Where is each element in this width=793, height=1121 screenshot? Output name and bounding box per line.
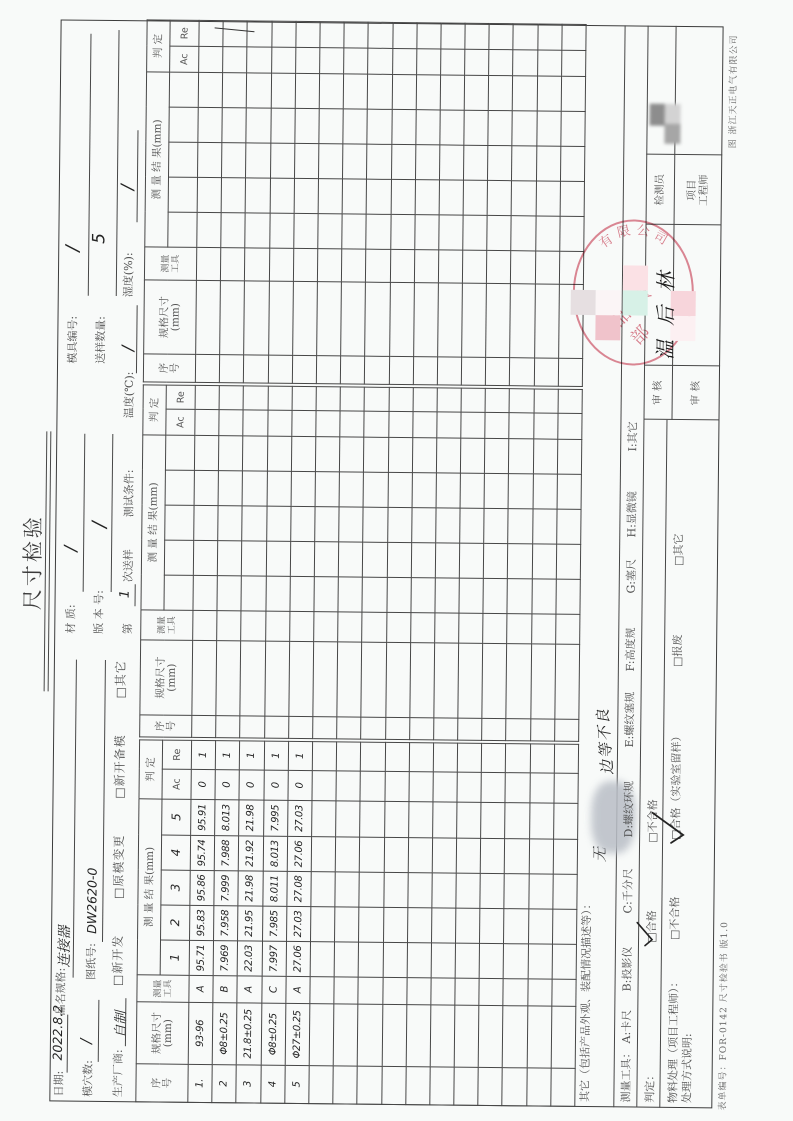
cell-ac bbox=[223, 47, 247, 73]
cell-seq bbox=[389, 356, 413, 384]
cell-ac bbox=[295, 47, 319, 73]
cell-re bbox=[268, 386, 292, 410]
cell-seq bbox=[216, 716, 240, 738]
cell-seq bbox=[478, 1067, 503, 1105]
table-row bbox=[192, 385, 220, 737]
cell-result-5 bbox=[291, 436, 316, 471]
cell-re bbox=[558, 389, 582, 413]
cell-result-1 bbox=[532, 579, 557, 614]
cell-result-1 bbox=[560, 216, 585, 251]
cell-ac bbox=[412, 412, 436, 438]
cell-re bbox=[247, 21, 271, 47]
cell-result-4 bbox=[295, 108, 320, 143]
table-row bbox=[530, 389, 558, 741]
cell-ac bbox=[554, 773, 579, 803]
cell-result-2 bbox=[314, 542, 339, 577]
cell-re bbox=[465, 23, 489, 49]
cell-tool bbox=[193, 610, 218, 640]
result-column-number: 4 bbox=[161, 835, 190, 870]
cell-spec bbox=[482, 643, 507, 718]
cell-result-1: 95.71 bbox=[189, 940, 214, 975]
test-conditions-label: 测试条件: bbox=[122, 469, 135, 517]
cell-result-3 bbox=[218, 506, 243, 541]
checkbox-icon: □ bbox=[672, 555, 685, 566]
measurement-tables: 序号规格尺寸(mm)测量工具测 量 结 果(mm)判 定12345AcRe1.9… bbox=[0, 0, 6, 1117]
cell-result-5 bbox=[243, 436, 268, 471]
cell-re bbox=[364, 387, 388, 411]
cell-ac bbox=[316, 411, 340, 437]
manufacturer-label: 生产厂商: bbox=[111, 1049, 124, 1097]
header-tool: 测量工具 bbox=[144, 247, 196, 281]
cell-tool bbox=[314, 612, 339, 642]
cell-result-1 bbox=[511, 216, 536, 251]
cell-spec bbox=[289, 641, 314, 716]
mold-no-value: / bbox=[62, 245, 83, 251]
cell-result-5: 27.03 bbox=[287, 800, 312, 836]
tool-projector: B:投影仪 bbox=[621, 947, 634, 992]
cell-result-4 bbox=[460, 473, 485, 508]
cell-spec bbox=[196, 280, 221, 354]
cell-result-3 bbox=[311, 872, 336, 907]
cell-result-4 bbox=[505, 839, 530, 874]
table-row bbox=[313, 387, 341, 739]
checkmark-icon bbox=[651, 811, 685, 845]
header-seq-line2: 号 bbox=[162, 1065, 173, 1102]
cell-result-3 bbox=[512, 146, 537, 181]
sample-qty-value: 5 bbox=[89, 233, 109, 244]
cell-ac bbox=[267, 410, 291, 436]
cell-tool bbox=[382, 977, 406, 1004]
cell-result-2 bbox=[270, 178, 295, 213]
cell-result-1 bbox=[479, 943, 504, 978]
cell-tool bbox=[555, 614, 580, 644]
cell-seq bbox=[405, 1067, 430, 1105]
cell-seq bbox=[288, 716, 312, 738]
cell-seq bbox=[526, 1068, 551, 1106]
cell-result-1: 22.03 bbox=[238, 941, 263, 976]
result-column-number bbox=[164, 540, 193, 575]
cell-tool bbox=[221, 248, 246, 281]
cell-seq bbox=[458, 718, 482, 740]
cell-result-1 bbox=[221, 213, 246, 248]
cell-tool bbox=[338, 612, 363, 642]
cell-ac bbox=[195, 409, 219, 435]
cell-re bbox=[344, 22, 368, 48]
cell-ac: 0 bbox=[239, 770, 264, 800]
cell-seq bbox=[240, 716, 264, 738]
cell-result-1 bbox=[197, 212, 222, 247]
cell-seq bbox=[333, 1066, 358, 1104]
table-row bbox=[458, 388, 486, 740]
cell-seq bbox=[381, 1066, 406, 1104]
cell-seq bbox=[486, 357, 510, 385]
header-tool-line1: 测量 bbox=[157, 610, 167, 639]
cell-tool bbox=[479, 978, 503, 1005]
header-judgement: 判 定 bbox=[143, 385, 167, 435]
cell-result-3 bbox=[460, 508, 485, 543]
mosaic-redaction bbox=[623, 265, 648, 290]
cell-ac bbox=[199, 46, 223, 72]
cell-result-4 bbox=[360, 837, 385, 872]
cell-result-1 bbox=[269, 213, 294, 248]
cell-result-5: 7.995 bbox=[263, 800, 288, 836]
inspector-signature: 温后林 bbox=[649, 258, 679, 360]
cell-re bbox=[509, 389, 533, 413]
cell-seq bbox=[433, 718, 457, 740]
cell-result-3: 27.08 bbox=[287, 871, 312, 906]
cell-seq bbox=[530, 719, 554, 741]
cell-result-2 bbox=[463, 180, 488, 215]
cell-result-5 bbox=[464, 75, 489, 110]
cell-spec bbox=[527, 1006, 552, 1068]
cell-result-4 bbox=[343, 109, 368, 144]
cell-spec bbox=[382, 1004, 407, 1066]
measuring-tools-label: 测量工具： bbox=[619, 1047, 633, 1102]
option-label: 新开备模 bbox=[113, 734, 128, 786]
header-spec-unit: (mm) bbox=[166, 641, 178, 715]
cell-result-2 bbox=[552, 909, 577, 944]
header-spec-unit: (mm) bbox=[162, 1003, 174, 1064]
cell-tool bbox=[386, 612, 411, 642]
cell-seq bbox=[365, 356, 389, 384]
option-mold-change: □原模变更 bbox=[112, 834, 126, 898]
cell-result-2 bbox=[512, 181, 537, 216]
cell-spec bbox=[264, 641, 289, 716]
cell-ac bbox=[489, 49, 513, 75]
cell-re bbox=[534, 389, 558, 413]
cell-spec bbox=[389, 282, 414, 356]
cell-spec bbox=[506, 644, 531, 719]
option-label: 其它 bbox=[672, 533, 685, 555]
cell-result-5 bbox=[295, 73, 320, 108]
cell-result-2 bbox=[528, 909, 553, 944]
tool-thread-ring-gauge: D:螺纹环规 bbox=[622, 781, 636, 838]
cell-result-5 bbox=[368, 74, 393, 109]
cell-seq bbox=[413, 357, 437, 385]
result-column-number bbox=[164, 575, 193, 610]
cell-ac bbox=[530, 773, 555, 803]
cell-re bbox=[243, 386, 267, 410]
cell-result-3: 95.86 bbox=[190, 870, 215, 905]
cell-result-5 bbox=[319, 74, 344, 109]
table-row bbox=[554, 389, 582, 741]
cell-spec bbox=[341, 282, 366, 356]
humidity-label: 湿度(%): bbox=[122, 252, 135, 297]
cell-result-3 bbox=[266, 506, 291, 541]
cell-result-4 bbox=[436, 473, 461, 508]
cell-seq bbox=[534, 358, 558, 386]
sample-round-value: 1 bbox=[118, 590, 133, 598]
cell-result-3 bbox=[383, 872, 408, 907]
sample-qty-label: 送样数量: bbox=[94, 316, 107, 364]
header-seq-line1: 序 bbox=[151, 1064, 162, 1101]
cell-result-2 bbox=[484, 543, 509, 578]
table-row bbox=[288, 386, 316, 738]
cell-result-4: 21.92 bbox=[239, 836, 264, 871]
table-row bbox=[482, 388, 510, 740]
cell-result-2 bbox=[221, 178, 246, 213]
cell-re bbox=[223, 21, 247, 47]
cell-result-4: 8.013 bbox=[263, 836, 288, 871]
cell-result-2 bbox=[218, 541, 243, 576]
cell-result-2 bbox=[532, 544, 557, 579]
cell-tool bbox=[511, 251, 536, 284]
cell-result-4 bbox=[488, 110, 513, 145]
checkbox-icon: □ bbox=[112, 786, 126, 798]
cell-tool bbox=[552, 979, 576, 1006]
review-label: 审 核 bbox=[643, 366, 672, 420]
cell-result-5 bbox=[432, 802, 457, 838]
cell-result-5 bbox=[481, 802, 506, 838]
table-row bbox=[361, 387, 389, 739]
cell-result-3 bbox=[504, 874, 529, 909]
cell-result-4 bbox=[363, 472, 388, 507]
cell-result-3 bbox=[339, 507, 364, 542]
cell-seq bbox=[244, 355, 268, 383]
cell-result-5 bbox=[505, 803, 530, 839]
cell-spec bbox=[385, 642, 410, 717]
cell-result-2 bbox=[411, 543, 436, 578]
cell-result-1 bbox=[266, 576, 291, 611]
cell-result-2: 7.985 bbox=[262, 906, 287, 941]
cell-result-4 bbox=[315, 472, 340, 507]
header-judgement: 判 定 bbox=[147, 20, 171, 72]
cell-tool bbox=[431, 978, 455, 1005]
cell-seq bbox=[454, 1067, 479, 1105]
cell-re bbox=[461, 388, 485, 412]
header-ac: Ac bbox=[166, 409, 195, 435]
measurement-table-1: 序号规格尺寸(mm)测量工具测 量 结 果(mm)判 定12345AcRe1.9… bbox=[135, 739, 579, 1107]
cell-result-2 bbox=[294, 178, 319, 213]
cell-ac: 0 bbox=[264, 770, 289, 800]
engineer-label-line2: 工程师 bbox=[698, 174, 710, 206]
cell-re bbox=[530, 744, 554, 773]
cell-re bbox=[457, 743, 481, 772]
measurement-table-3: 序号规格尺寸(mm)测量工具测 量 结 果(mm)判 定AcRe bbox=[143, 19, 587, 387]
cell-result-2 bbox=[363, 542, 388, 577]
header-seq-line1: 序 bbox=[155, 715, 166, 736]
cell-result-3 bbox=[484, 508, 509, 543]
cell-result-1 bbox=[487, 215, 512, 250]
cell-result-4 bbox=[440, 110, 465, 145]
cell-result-2 bbox=[335, 907, 360, 942]
result-column-number bbox=[169, 142, 198, 177]
cell-spec bbox=[458, 643, 483, 718]
cell-tool bbox=[293, 248, 318, 281]
result-column-number bbox=[165, 470, 194, 505]
cell-result-5 bbox=[271, 73, 296, 108]
cell-ac bbox=[344, 48, 368, 74]
header-tool-line2: 工具 bbox=[170, 248, 180, 280]
cell-result-3 bbox=[391, 144, 416, 179]
cell-re bbox=[316, 387, 340, 411]
header-tool-line2: 工具 bbox=[167, 611, 177, 640]
table-row bbox=[385, 387, 413, 739]
cell-tool bbox=[487, 250, 512, 283]
cell-tool: A bbox=[189, 975, 213, 1002]
cell-result-3 bbox=[270, 143, 295, 178]
material-handling-label: 物料处理（项目工程师）： bbox=[666, 976, 680, 1103]
cell-result-4 bbox=[270, 108, 295, 143]
cell-result-5 bbox=[222, 73, 247, 108]
cell-ac bbox=[388, 411, 412, 437]
cell-result-1 bbox=[290, 576, 315, 611]
cell-spec bbox=[358, 1004, 383, 1066]
cell-ac bbox=[312, 771, 337, 801]
cell-result-4 bbox=[194, 470, 219, 505]
cell-spec bbox=[555, 644, 580, 719]
cell-re bbox=[296, 21, 320, 47]
cell-result-3 bbox=[387, 507, 412, 542]
cell-result-3 bbox=[480, 873, 505, 908]
cell-result-2 bbox=[246, 178, 271, 213]
cell-seq: 2 bbox=[212, 1065, 237, 1103]
project-engineer-label: 项目工程师 bbox=[674, 155, 723, 225]
mosaic-redaction bbox=[595, 315, 620, 340]
cell-result-1 bbox=[463, 215, 488, 250]
cell-seq bbox=[430, 1067, 455, 1105]
cell-spec bbox=[530, 644, 555, 719]
option-label: 其它 bbox=[114, 660, 128, 686]
cell-re bbox=[537, 24, 561, 50]
cell-result-5 bbox=[533, 439, 558, 474]
cell-ac bbox=[368, 48, 392, 74]
cell-result-2 bbox=[342, 179, 367, 214]
cell-result-2 bbox=[439, 180, 464, 215]
cell-result-4 bbox=[291, 471, 316, 506]
cell-tool bbox=[362, 612, 387, 642]
cell-tool: C bbox=[261, 976, 285, 1003]
cell-result-1 bbox=[310, 942, 335, 977]
cell-result-1 bbox=[338, 577, 363, 612]
handling-method-label: 处理方式说明: bbox=[680, 1033, 694, 1103]
product-spec-value: 连接器 bbox=[54, 925, 74, 967]
table-header-row: 序号规格尺寸(mm)测量工具测 量 结 果(mm)判 定 bbox=[143, 20, 170, 382]
review-label-text: 审 核 bbox=[690, 381, 702, 405]
cell-tool bbox=[269, 248, 294, 281]
cell-result-3 bbox=[315, 507, 340, 542]
cell-result-1 bbox=[245, 213, 270, 248]
cell-result-5 bbox=[384, 801, 409, 837]
cell-ac bbox=[533, 413, 557, 439]
cell-result-1 bbox=[366, 214, 391, 249]
cell-result-4 bbox=[319, 109, 344, 144]
cell-result-5 bbox=[561, 76, 586, 111]
cell-re bbox=[389, 387, 413, 411]
cell-ac bbox=[320, 48, 344, 74]
cell-spec bbox=[365, 282, 390, 356]
cell-result-5 bbox=[557, 439, 582, 474]
cell-result-2 bbox=[508, 544, 533, 579]
cell-ac bbox=[440, 49, 464, 75]
table-row bbox=[240, 386, 268, 738]
cell-result-2 bbox=[431, 908, 456, 943]
cell-result-3 bbox=[532, 509, 557, 544]
cell-result-4 bbox=[533, 474, 558, 509]
option-label: 不合格 bbox=[668, 896, 681, 929]
cell-result-1 bbox=[435, 578, 460, 613]
cell-tool bbox=[455, 978, 479, 1005]
cell-ac bbox=[416, 49, 440, 75]
cell-result-1 bbox=[362, 577, 387, 612]
cell-re bbox=[485, 388, 509, 412]
cell-result-5 bbox=[529, 803, 554, 839]
handling-scrap-option: □报废 bbox=[671, 634, 684, 667]
version-no-value: / bbox=[88, 521, 110, 528]
cell-result-1 bbox=[342, 214, 367, 249]
result-column-number bbox=[165, 435, 194, 470]
cell-result-5 bbox=[509, 439, 534, 474]
cell-spec bbox=[503, 1006, 528, 1068]
option-new-development: □新开发 bbox=[112, 935, 126, 986]
header-re: Re bbox=[166, 385, 195, 409]
cell-result-5 bbox=[343, 74, 368, 109]
cell-result-5 bbox=[416, 75, 441, 110]
option-label: 新开发 bbox=[111, 935, 125, 974]
checkmark-icon bbox=[636, 922, 654, 948]
mosaic-redaction bbox=[623, 290, 648, 315]
cell-result-5 bbox=[488, 75, 513, 110]
option-other: □其它 bbox=[115, 660, 128, 698]
option-label: 报废 bbox=[671, 634, 684, 656]
cell-spec: Φ8±0.25 bbox=[261, 1003, 286, 1065]
cell-result-4 bbox=[384, 837, 409, 872]
cell-spec: 93-96 bbox=[188, 1002, 213, 1064]
form-number: 表单编号：FOR-0142 尺寸检验书 版1.0 bbox=[718, 921, 731, 1110]
cell-result-1 bbox=[390, 214, 415, 249]
cell-spec bbox=[268, 281, 293, 355]
result-column-number: 3 bbox=[161, 870, 190, 905]
cell-result-2 bbox=[242, 541, 267, 576]
cell-result-5 bbox=[513, 76, 538, 111]
cell-ac bbox=[364, 411, 388, 437]
cell-seq bbox=[313, 717, 337, 739]
cell-result-2 bbox=[556, 544, 581, 579]
cell-tool bbox=[462, 250, 487, 283]
cell-result-5 bbox=[457, 802, 482, 838]
title-underline bbox=[47, 431, 51, 691]
cell-result-2 bbox=[407, 908, 432, 943]
cell-result-5 bbox=[267, 436, 292, 471]
cell-re: 1 bbox=[191, 740, 215, 769]
cell-seq bbox=[510, 358, 534, 386]
cell-result-3 bbox=[198, 142, 223, 177]
cell-result-3 bbox=[246, 143, 271, 178]
cell-tool: A bbox=[237, 976, 261, 1003]
cell-result-4 bbox=[391, 109, 416, 144]
cell-re bbox=[199, 20, 223, 46]
cell-result-2 bbox=[193, 540, 218, 575]
cell-result-2 bbox=[560, 181, 585, 216]
cell-result-5 bbox=[412, 438, 437, 473]
cell-spec bbox=[309, 1004, 334, 1066]
cell-ac bbox=[481, 772, 506, 802]
cell-result-4 bbox=[508, 474, 533, 509]
cell-spec bbox=[486, 283, 511, 357]
cell-result-3 bbox=[415, 145, 440, 180]
cell-seq bbox=[220, 355, 244, 383]
cell-spec bbox=[337, 642, 362, 717]
cell-re bbox=[312, 742, 336, 771]
cell-result-3: 21.98 bbox=[238, 871, 263, 906]
cell-result-2 bbox=[366, 179, 391, 214]
cell-re: 1 bbox=[215, 741, 239, 770]
cell-result-2 bbox=[383, 907, 408, 942]
cell-seq: 3 bbox=[236, 1065, 261, 1103]
result-column-number: 2 bbox=[161, 905, 190, 940]
checkbox-icon: □ bbox=[114, 686, 128, 698]
cell-re bbox=[489, 23, 513, 49]
